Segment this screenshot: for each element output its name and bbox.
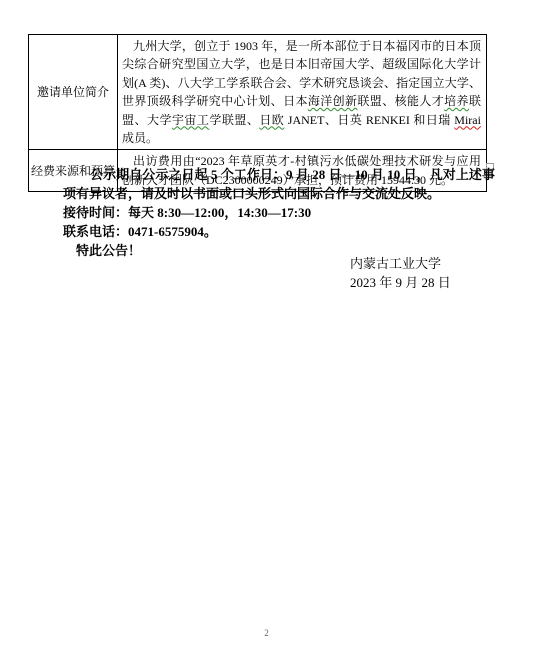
text-run: 成员。 bbox=[122, 131, 158, 145]
spellcheck-flagged-text: 培养 bbox=[444, 94, 469, 108]
spellcheck-flagged-text: Mirai bbox=[454, 113, 481, 127]
table-row-inviting-unit: 邀请单位简介 九州大学，创立于 1903 年，是一所本部位于日本福冈市的日本顶尖… bbox=[29, 35, 487, 150]
notice-body: 公示期自公示之日起 5 个工作日：9 月 28 日—10 月 10 日，凡对上述… bbox=[63, 165, 495, 260]
spellcheck-flagged-text: 宇宙工 bbox=[172, 113, 209, 127]
signature-organization: 内蒙古工业大学 bbox=[350, 254, 451, 273]
signature-block: 内蒙古工业大学 2023 年 9 月 28 日 bbox=[350, 254, 451, 292]
reception-hours-line: 接待时间：每天 8:30—12:00，14:30—17:30 bbox=[63, 203, 495, 222]
inviting-unit-description: 九州大学，创立于 1903 年，是一所本部位于日本福冈市的日本顶尖综合研究型国立… bbox=[122, 37, 481, 147]
spellcheck-flagged-text: 日欧 bbox=[259, 113, 284, 127]
row-header-inviting-unit: 邀请单位简介 bbox=[29, 35, 118, 150]
contact-phone-line: 联系电话：0471-6575904。 bbox=[63, 222, 495, 241]
text-run: 联盟、核能人才 bbox=[357, 94, 444, 108]
signature-date: 2023 年 9 月 28 日 bbox=[350, 273, 451, 292]
document-page: 邀请单位简介 九州大学，创立于 1903 年，是一所本部位于日本福冈市的日本顶尖… bbox=[0, 0, 533, 650]
row-content-inviting-unit: 九州大学，创立于 1903 年，是一所本部位于日本福冈市的日本顶尖综合研究型国立… bbox=[118, 35, 487, 150]
page-number: 2 bbox=[0, 628, 533, 638]
spellcheck-flagged-text: 海洋创新 bbox=[308, 94, 358, 108]
text-run: 学联盟、 bbox=[209, 113, 259, 127]
publicity-period-paragraph: 公示期自公示之日起 5 个工作日：9 月 28 日—10 月 10 日，凡对上述… bbox=[63, 165, 495, 203]
text-run: JANET、日英 RENKEI 和日瑞 bbox=[284, 113, 454, 127]
